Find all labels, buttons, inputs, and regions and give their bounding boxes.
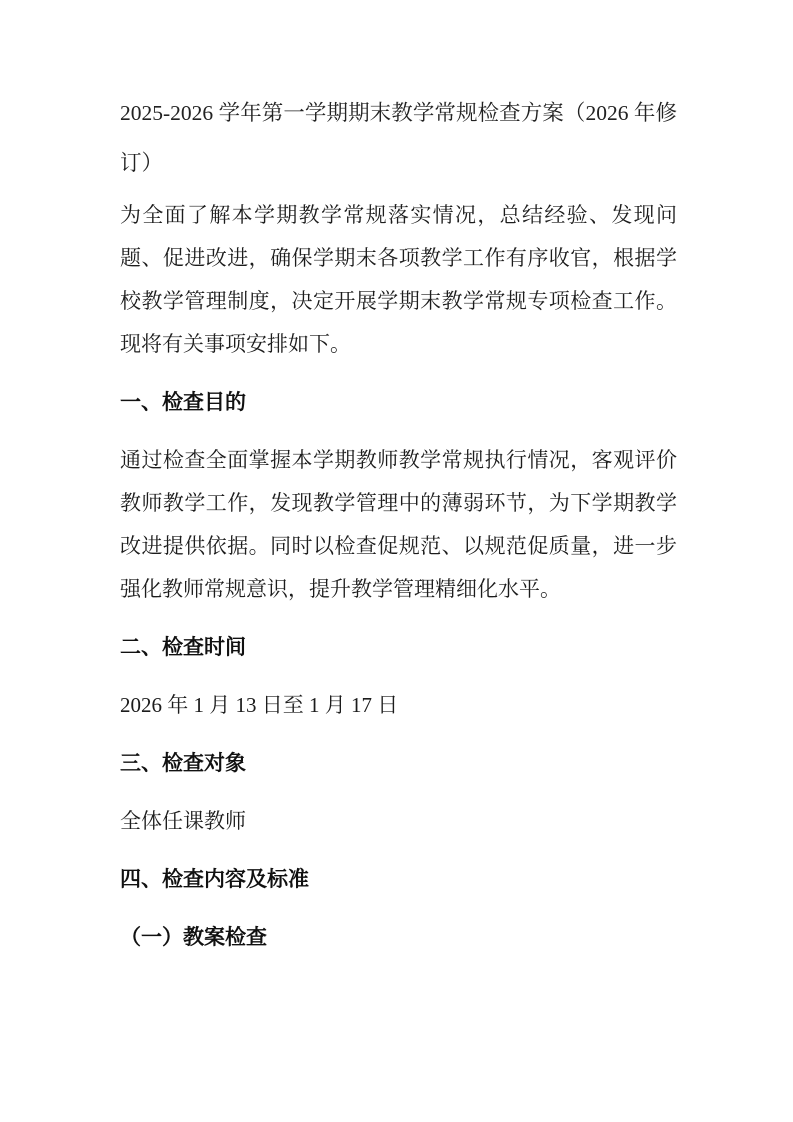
document-title: 2025-2026 学年第一学期期末教学常规检查方案（2026 年修订） <box>120 88 677 188</box>
section-heading-purpose: 一、检查目的 <box>120 381 677 424</box>
document-page: 2025-2026 学年第一学期期末教学常规检查方案（2026 年修订） 为全面… <box>0 0 793 1122</box>
section-heading-time: 二、检查时间 <box>120 626 677 669</box>
section-body-target: 全体任课教师 <box>120 800 677 843</box>
section-body-time: 2026 年 1 月 13 日至 1 月 17 日 <box>120 684 677 727</box>
section-heading-content-standards: 四、检查内容及标准 <box>120 858 677 901</box>
section-heading-target: 三、检查对象 <box>120 742 677 785</box>
section-body-purpose: 通过检查全面掌握本学期教师教学常规执行情况，客观评价教师教学工作，发现教学管理中… <box>120 439 677 611</box>
intro-paragraph: 为全面了解本学期教学常规落实情况，总结经验、发现问题、促进改进，确保学期末各项教… <box>120 194 677 366</box>
subsection-heading-lesson-plan-check: （一）教案检查 <box>120 916 677 959</box>
